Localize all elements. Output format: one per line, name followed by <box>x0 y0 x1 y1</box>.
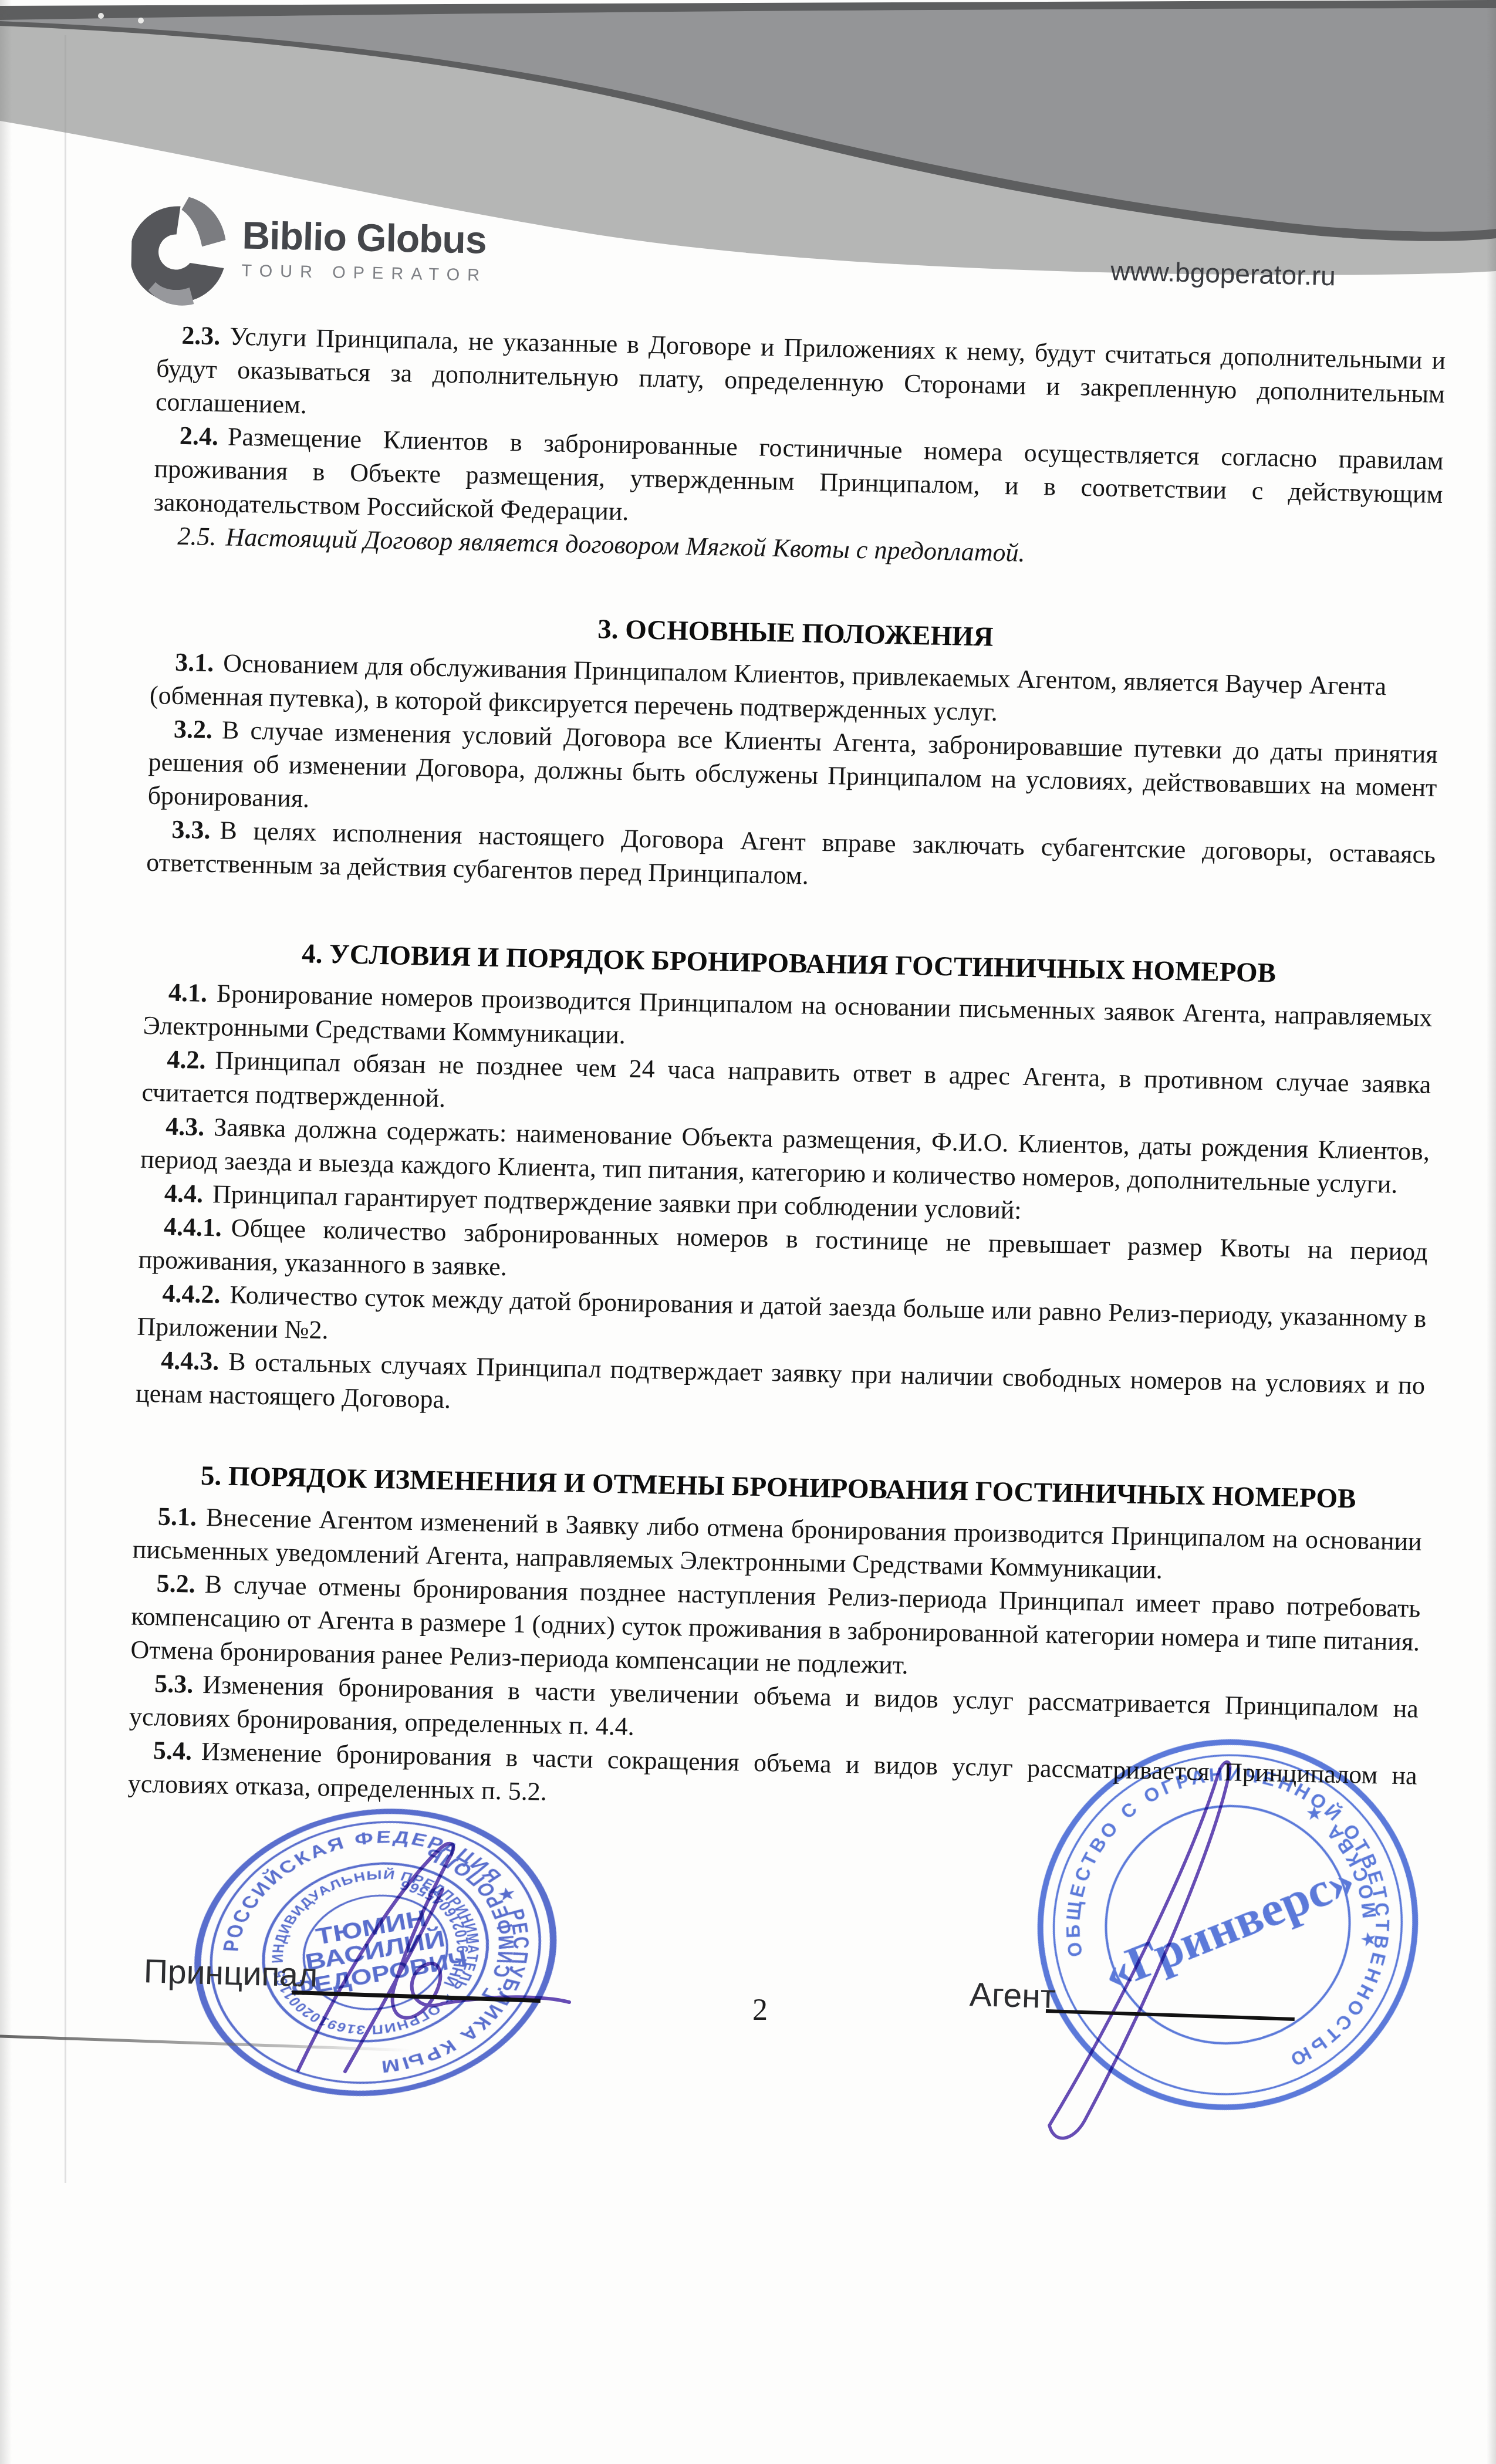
paragraph-number: 4.1. <box>168 978 207 1008</box>
paragraph-text: Услуги Принципала, не указанные в Догово… <box>156 322 1446 419</box>
agent-label: Агент <box>969 1975 1056 2016</box>
globe-icon <box>130 192 229 320</box>
paragraph-number: 4.3. <box>166 1112 205 1141</box>
paragraph-number: 4.2. <box>167 1045 206 1074</box>
principal-label: Принципал <box>143 1952 318 1995</box>
page-number: 2 <box>752 1993 768 2027</box>
scanned-contract-page: Biblio Globus TOUR OPERATOR www.bgoperat… <box>0 0 1496 2464</box>
punch-hole <box>138 18 144 23</box>
logo-text: Biblio Globus TOUR OPERATOR <box>241 195 488 285</box>
agent-signature <box>1015 1713 1344 2159</box>
biblio-globus-logo: Biblio Globus TOUR OPERATOR <box>130 192 489 325</box>
paragraph-number: 4.4.1. <box>163 1212 222 1242</box>
paragraph-number: 2.4. <box>179 421 218 451</box>
paragraph-number: 4.4. <box>164 1179 204 1208</box>
paragraph-number: 5.2. <box>156 1569 195 1598</box>
paragraph-number: 3.3. <box>171 815 211 844</box>
punch-hole <box>98 13 104 19</box>
paragraph-number: 3.2. <box>173 715 212 744</box>
paragraph-number: 4.4.2. <box>162 1279 221 1309</box>
logo-title: Biblio Globus <box>242 216 488 259</box>
contract-text: 2.3.Услуги Принципала, не указанные в До… <box>127 318 1446 1826</box>
logo-subtitle: TOUR OPERATOR <box>241 263 487 285</box>
paragraph-number: 4.4.3. <box>161 1346 219 1375</box>
paragraph-number: 2.5. <box>177 522 217 551</box>
scan-edge-shadow-right <box>1487 0 1496 2464</box>
paragraph-text: Основанием для обслуживания Принципалом … <box>150 648 1387 726</box>
website-url: www.bgoperator.ru <box>1110 255 1336 292</box>
scan-fold-line <box>0 2032 423 2055</box>
paragraph-number: 2.3. <box>181 321 221 350</box>
paragraph-number: 5.4. <box>153 1736 193 1765</box>
paragraph-number: 3.1. <box>175 648 214 677</box>
paragraph-number: 5.1. <box>158 1502 197 1531</box>
scan-edge-shadow-left <box>0 0 12 2464</box>
scan-streak <box>65 35 66 2183</box>
paragraph-number: 5.3. <box>154 1669 194 1698</box>
